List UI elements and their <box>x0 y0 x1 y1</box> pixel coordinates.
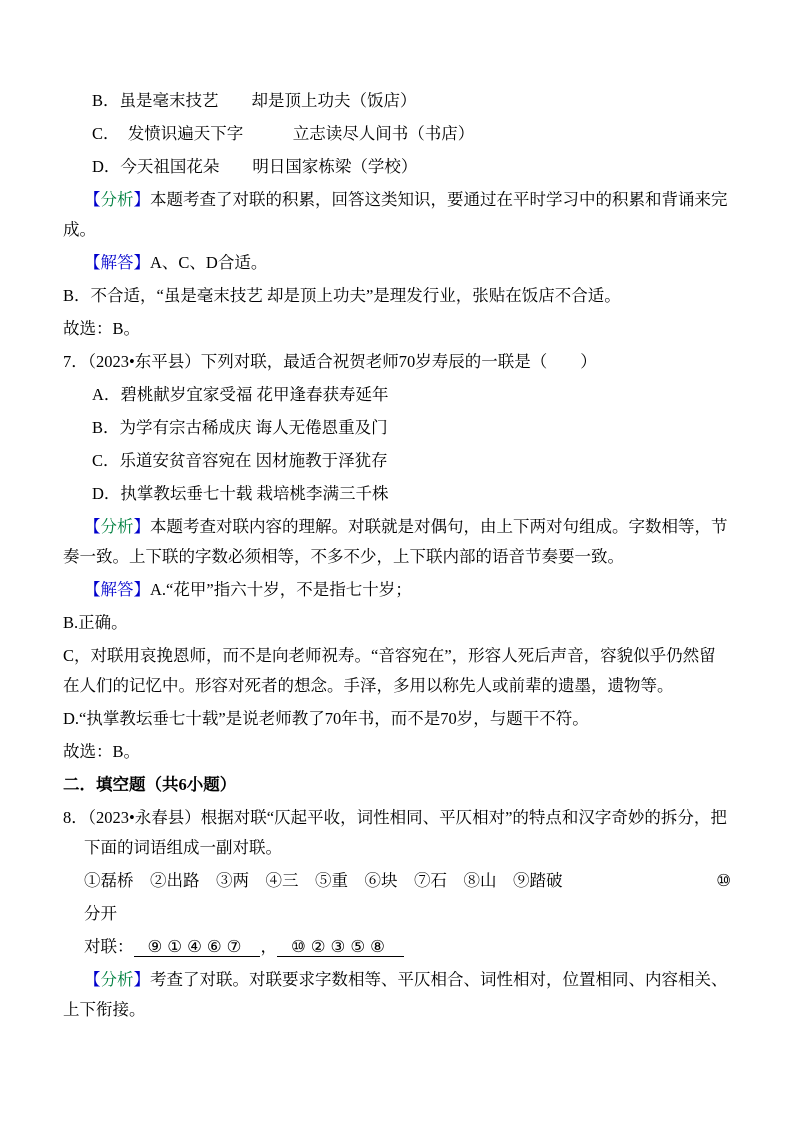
analysis-tag-label: 分析 <box>101 517 134 536</box>
q8-couplet-label: 对联： <box>84 937 134 956</box>
q7-analysis-paragraph: 【分析】本题考查对联内容的理解。对联就是对偶句，由上下两对句组成。字数相等，节奏… <box>63 512 731 572</box>
bracket-open: 【 <box>84 190 101 209</box>
q6-option-c: C． 发愤识遍天下字 立志读尽人间书（书店） <box>92 119 731 149</box>
bracket-open: 【 <box>84 253 101 272</box>
answer-tag-label: 解答 <box>101 253 134 272</box>
q8-couplet-blank-2: ⑩②③⑤⑧ <box>277 937 404 957</box>
q7-answer-paragraph: 【解答】A.“花甲”指六十岁，不是指七十岁； <box>63 575 731 605</box>
q7-answer-line-b: B.正确。 <box>63 608 731 638</box>
q8-word-bank-line2: 分开 <box>63 899 731 929</box>
bracket-close: 】 <box>134 517 151 536</box>
q7-option-a: A．碧桃献岁宜家受福 花甲逢春获寿延年 <box>92 380 731 410</box>
analysis-tag-label: 分析 <box>101 970 134 989</box>
q6-answer-intro-text: A、C、D合适。 <box>150 253 267 272</box>
q6-answer-conclusion: 故选：B。 <box>63 314 731 344</box>
q8-word-bank-item10-number: ⑩ <box>716 866 731 896</box>
q6-answer-paragraph: 【解答】A、C、D合适。 <box>63 248 731 278</box>
q8-word-bank-line1: ①磊桥 ②出路 ③两 ④三 ⑤重 ⑥块 ⑦石 ⑧山 ⑨踏破⑩ <box>63 866 731 896</box>
q7-analysis-text: 本题考查对联内容的理解。对联就是对偶句，由上下两对句组成。字数相等，节奏一致。上… <box>63 517 728 566</box>
q8-word-bank-items: ①磊桥 ②出路 ③两 ④三 ⑤重 ⑥块 ⑦石 ⑧山 ⑨踏破 <box>84 866 563 896</box>
q6-analysis-text: 本题考查了对联的积累，回答这类知识，要通过在平时学习中的积累和背诵来完成。 <box>63 190 728 239</box>
q8-analysis-paragraph: 【分析】考查了对联。对联要求字数相等、平仄相合、词性相对，位置相同、内容相关、上… <box>63 965 731 1025</box>
q7-answer-line-c: C，对联用哀挽恩师，而不是向老师祝寿。“音容宛在”，形容人死后声音，容貌似乎仍然… <box>63 641 731 701</box>
bracket-close: 】 <box>134 580 151 599</box>
q7-option-c: C．乐道安贫音容宛在 因材施教于泽犹存 <box>92 446 731 476</box>
q8-couplet-comma: ， <box>260 937 277 956</box>
exam-document-page: B．虽是毫末技艺 却是顶上功夫（饭店） C． 发愤识遍天下字 立志读尽人间书（书… <box>0 0 794 1123</box>
bracket-open: 【 <box>84 517 101 536</box>
q7-option-b: B．为学有宗古稀成庆 诲人无倦恩重及门 <box>92 413 731 443</box>
analysis-tag-label: 分析 <box>101 190 134 209</box>
bracket-close: 】 <box>134 253 151 272</box>
bracket-close: 】 <box>134 190 151 209</box>
answer-tag-label: 解答 <box>101 580 134 599</box>
q6-option-d: D．今天祖国花朵 明日国家栋梁（学校） <box>92 152 731 182</box>
q6-option-b: B．虽是毫末技艺 却是顶上功夫（饭店） <box>92 86 731 116</box>
q8-couplet-answer-line: 对联：⑨①④⑥⑦，⑩②③⑤⑧ <box>63 932 731 962</box>
q7-answer-a-text: A.“花甲”指六十岁，不是指七十岁； <box>150 580 412 599</box>
q8-analysis-text: 考查了对联。对联要求字数相等、平仄相合、词性相对，位置相同、内容相关、上下衔接。 <box>63 970 728 1019</box>
section-2-heading: 二．填空题（共6小题） <box>63 770 731 800</box>
q8-stem: 8．（2023•永春县）根据对联“仄起平收，词性相同、平仄相对”的特点和汉字奇妙… <box>63 803 731 863</box>
bracket-close: 】 <box>134 970 151 989</box>
q8-couplet-blank-1: ⑨①④⑥⑦ <box>134 937 261 957</box>
q7-option-d: D．执掌教坛垂七十载 栽培桃李满三千株 <box>92 479 731 509</box>
bracket-open: 【 <box>84 970 101 989</box>
bracket-open: 【 <box>84 580 101 599</box>
q7-stem: 7．（2023•东平县）下列对联，最适合祝贺老师70岁寿辰的一联是（ ） <box>63 347 731 377</box>
q7-answer-conclusion: 故选：B。 <box>63 737 731 767</box>
q7-answer-line-d: D.“执掌教坛垂七十载”是说老师教了70年书，而不是70岁，与题干不符。 <box>63 704 731 734</box>
q6-answer-line-b: B．不合适，“虽是毫末技艺 却是顶上功夫”是理发行业，张贴在饭店不合适。 <box>63 281 731 311</box>
q6-analysis-paragraph: 【分析】本题考查了对联的积累，回答这类知识，要通过在平时学习中的积累和背诵来完成… <box>63 185 731 245</box>
